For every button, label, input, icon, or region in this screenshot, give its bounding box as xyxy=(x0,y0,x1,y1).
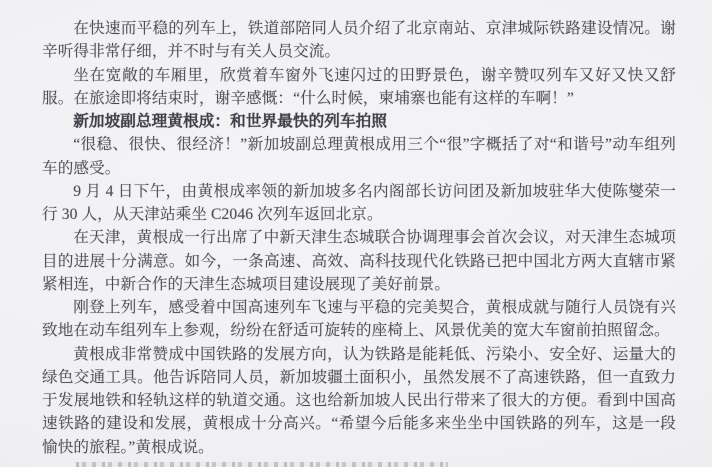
paragraph-september-4-trip: 9 月 4 日下午，由黄根成率领的新加坡多名内阁部长访问团及新加坡驻华大使陈燮荣… xyxy=(42,180,676,227)
article-text-block: 在快速而平稳的列车上，铁道部陪同人员介绍了北京南站、京津城际铁路建设情况。谢辛听… xyxy=(42,17,676,459)
paragraph-three-hen-quote: “很稳、很快、很经济！”新加坡副总理黄根成用三个“很”字概括了对“和谐号”动车组… xyxy=(42,133,676,180)
clipped-bottom-text-line xyxy=(76,462,448,467)
paragraph-carriage-view: 坐在宽敞的车厢里，欣赏着车窗外飞速闪过的田野景色，谢辛赞叹列车又好又快又舒服。在… xyxy=(42,64,676,111)
section-heading-singapore-dpm: 新加坡副总理黄根成：和世界最快的列车拍照 xyxy=(42,110,676,133)
paragraph-train-introduction: 在快速而平稳的列车上，铁道部陪同人员介绍了北京南站、京津城际铁路建设情况。谢辛听… xyxy=(42,17,676,64)
document-page: 在快速而平稳的列车上，铁道部陪同人员介绍了北京南站、京津城际铁路建设情况。谢辛听… xyxy=(0,0,712,467)
paragraph-boarding-photos: 刚登上列车，感受着中国高速列车飞速与平稳的完美契合，黄根成就与随行人员饶有兴致地… xyxy=(42,296,676,343)
paragraph-tianjin-eco-city: 在天津，黄根成一行出席了中新天津生态城联合协调理事会首次会议，对天津生态城项目的… xyxy=(42,226,676,296)
paragraph-green-transport-praise: 黄根成非常赞成中国铁路的发展方向，认为铁路是能耗低、污染小、安全好、运量大的绿色… xyxy=(42,343,676,459)
